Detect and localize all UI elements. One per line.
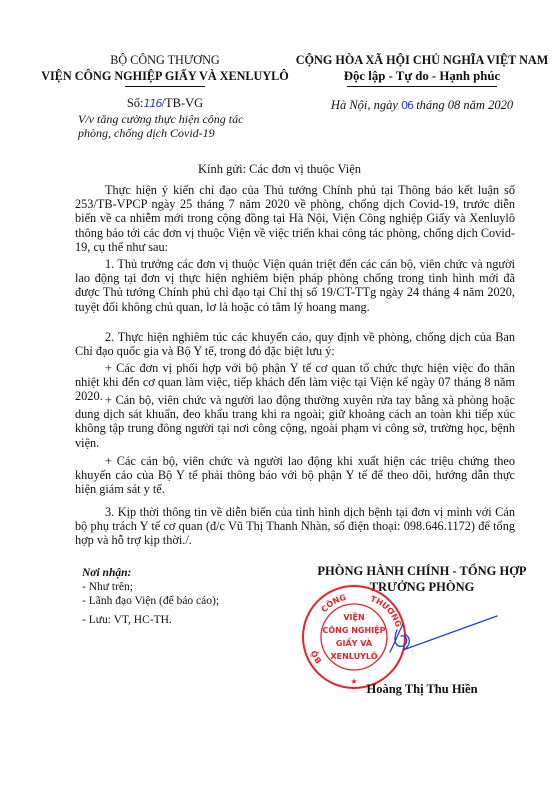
department-name: PHÒNG HÀNH CHÍNH - TỔNG HỢP — [292, 563, 552, 579]
date-suffix: tháng 08 năm 2020 — [413, 98, 513, 112]
doc-number-label: Số: — [127, 96, 144, 110]
country-name: CỘNG HÒA XÃ HỘI CHỦ NGHĨA VIỆT NAM — [292, 52, 552, 68]
subject-line-2: phòng, chống dịch Covid-19 — [40, 126, 290, 140]
intro-text: Thực hiện ý kiến chỉ đạo của Thủ tướng C… — [75, 183, 515, 254]
item-2c-paragraph: + Các cán bộ, viên chức và người lao độn… — [75, 454, 515, 497]
svg-text:VIỆN: VIỆN — [343, 612, 364, 622]
motto-underline — [347, 86, 497, 87]
national-header: CỘNG HÒA XÃ HỘI CHỦ NGHĨA VIỆT NAM Độc l… — [292, 52, 552, 113]
document-date: Hà Nội, ngày 06 tháng 08 năm 2020 — [292, 98, 552, 113]
recipient-item: - Lưu: VT, HC-TH. — [82, 613, 219, 627]
item-2-paragraph: 2. Thực hiện nghiêm túc các khuyến cáo, … — [75, 330, 515, 358]
svg-text:XENLUYLÔ: XENLUYLÔ — [330, 650, 377, 661]
item-1-paragraph: 1. Thủ trưởng các đơn vị thuộc Viện quán… — [75, 257, 515, 314]
national-motto: Độc lập - Tự do - Hạnh phúc — [292, 68, 552, 84]
signer-name: Hoàng Thị Thu Hiền — [292, 682, 552, 697]
svg-text:CÔNG NGHIỆP: CÔNG NGHIỆP — [323, 624, 386, 635]
item-2b-text: + Cán bộ, viên chức và người lao động th… — [75, 393, 515, 450]
recipients-block: Nơi nhận: - Như trên; - Lãnh đạo Viện (đ… — [82, 566, 219, 627]
greeting-line: Kính gửi: Các đơn vị thuộc Viện — [0, 162, 559, 177]
item-3-paragraph: 3. Kịp thời thông tin về diễn biến của t… — [75, 505, 515, 548]
item-2-text: 2. Thực hiện nghiêm túc các khuyến cáo, … — [75, 330, 515, 358]
doc-number-suffix: /TB-VG — [162, 96, 204, 110]
ministry-name: BỘ CÔNG THƯƠNG — [40, 52, 290, 68]
handwritten-doc-number: 116 — [144, 97, 162, 110]
subject-line-1: V/v tăng cường thực hiện công tác — [40, 112, 290, 126]
recipients-title: Nơi nhận: — [82, 566, 219, 580]
svg-text:GIẤY VÀ: GIẤY VÀ — [336, 636, 373, 648]
recipient-item: - Lãnh đạo Viện (để báo cáo); — [82, 594, 219, 608]
item-3-text: 3. Kịp thời thông tin về diễn biến của t… — [75, 505, 515, 548]
intro-paragraph: Thực hiện ý kiến chỉ đạo của Thủ tướng C… — [75, 183, 515, 254]
institute-name: VIỆN CÔNG NGHIỆP GIẤY VÀ XENLUYLÔ — [40, 68, 290, 84]
item-2c-text: + Các cán bộ, viên chức và người lao độn… — [75, 454, 515, 497]
issuer-header: BỘ CÔNG THƯƠNG VIỆN CÔNG NGHIỆP GIẤY VÀ … — [40, 52, 290, 140]
header-underline — [125, 86, 205, 87]
date-prefix: Hà Nội, ngày — [331, 98, 401, 112]
item-1-text: 1. Thủ trưởng các đơn vị thuộc Viện quán… — [75, 257, 515, 314]
document-number: Số:116/TB-VG — [40, 95, 290, 112]
handwritten-date-day: 06 — [401, 99, 413, 112]
item-2b-paragraph: + Cán bộ, viên chức và người lao động th… — [75, 393, 515, 450]
handwritten-signature-icon — [385, 612, 500, 662]
recipient-item: - Như trên; — [82, 580, 219, 594]
